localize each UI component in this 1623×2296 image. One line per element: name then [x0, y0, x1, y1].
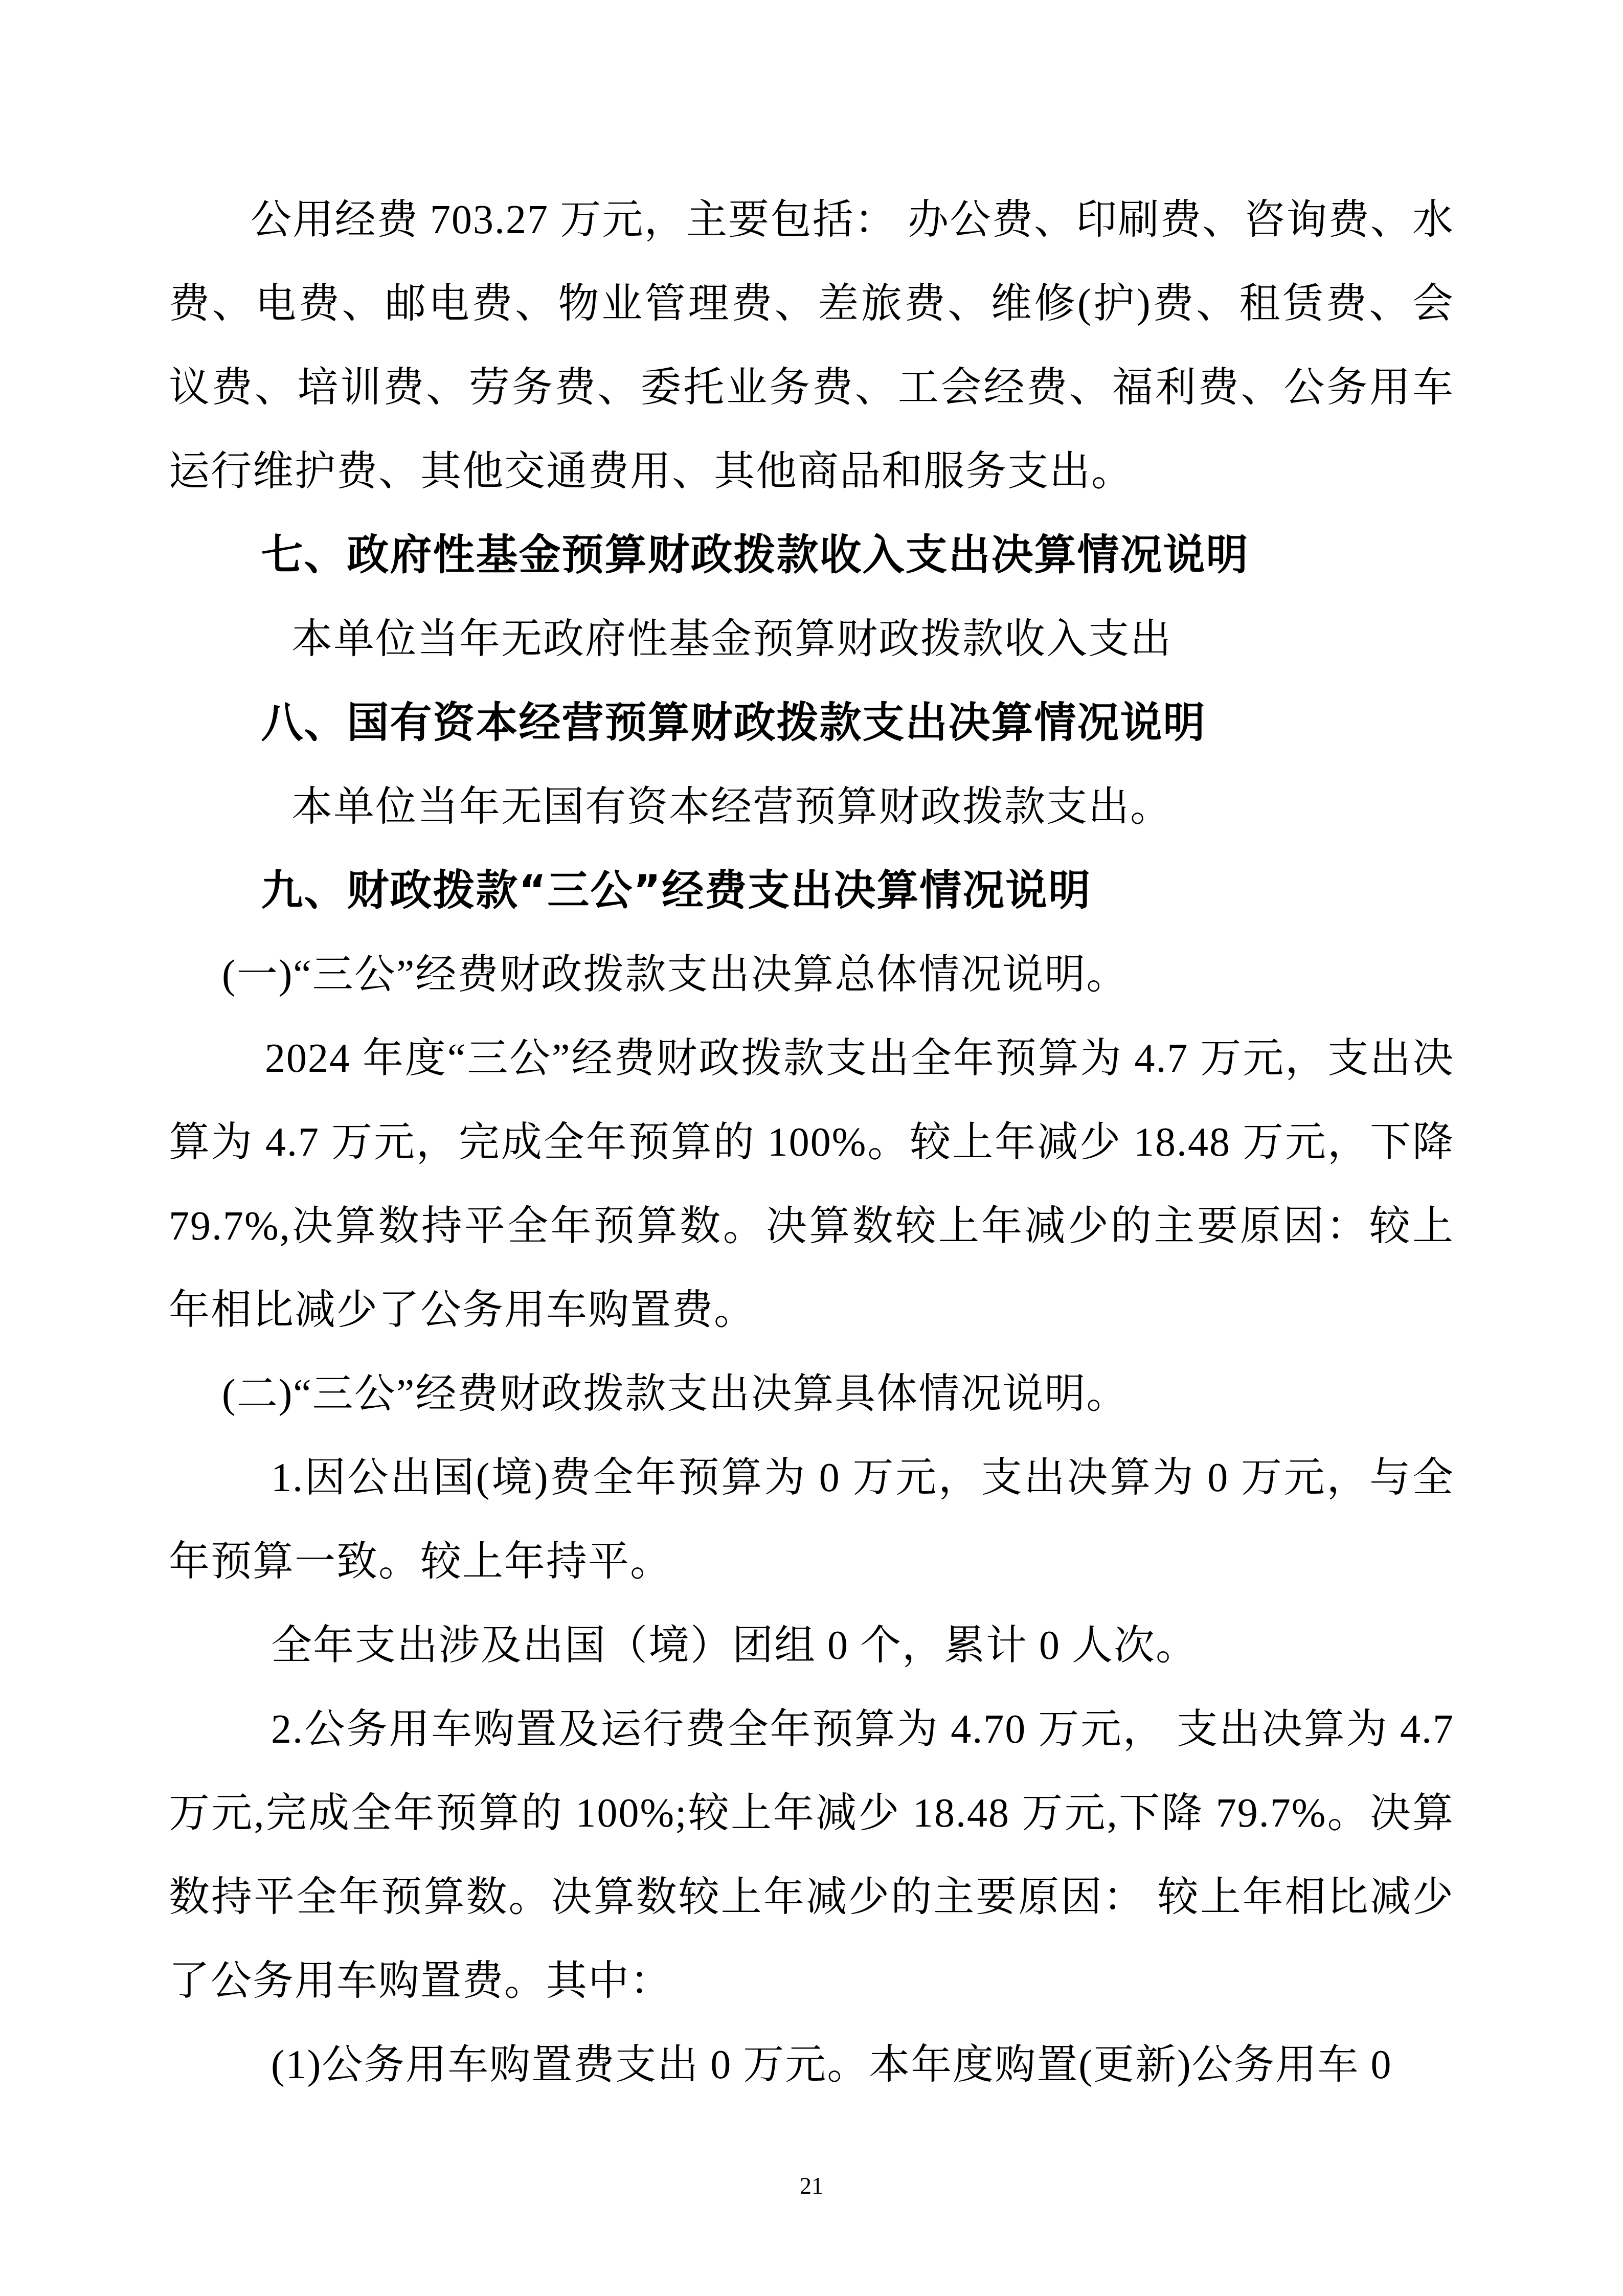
paragraph-abroad-groups: 全年支出涉及出国（境）团组 0 个，累计 0 人次。: [169, 1604, 1454, 1687]
paragraph-public-funds: 公用经费 703.27 万元，主要包括： 办公费、印刷费、咨询费、水费、电费、邮…: [169, 178, 1454, 513]
document-body: 公用经费 703.27 万元，主要包括： 办公费、印刷费、咨询费、水费、电费、邮…: [169, 178, 1454, 2107]
paragraph-no-state-capital: 本单位当年无国有资本经营预算财政拨款支出。: [169, 765, 1454, 849]
paragraph-no-gov-fund: 本单位当年无政府性基金预算财政拨款收入支出: [169, 597, 1454, 681]
section-heading-8: 八、国有资本经营预算财政拨款支出决算情况说明: [169, 681, 1454, 765]
paragraph-vehicle-purchase: (1)公务用车购置费支出 0 万元。本年度购置(更新)公务用车 0: [169, 2023, 1454, 2107]
section-heading-9: 九、财政拨款“三公”经费支出决算情况说明: [169, 849, 1454, 933]
paragraph-subsection-1-title: (一)“三公”经费财政拨款支出决算总体情况说明。: [169, 933, 1454, 1017]
paragraph-abroad-expense: 1.因公出国(境)费全年预算为 0 万元，支出决算为 0 万元，与全年预算一致。…: [169, 1436, 1454, 1604]
page-number: 21: [0, 2171, 1623, 2201]
document-page: 公用经费 703.27 万元，主要包括： 办公费、印刷费、咨询费、水费、电费、邮…: [0, 0, 1623, 2296]
section-heading-7: 七、政府性基金预算财政拨款收入支出决算情况说明: [169, 513, 1454, 597]
paragraph-subsection-2-title: (二)“三公”经费财政拨款支出决算具体情况说明。: [169, 1352, 1454, 1436]
paragraph-vehicle-expense: 2.公务用车购置及运行费全年预算为 4.70 万元， 支出决算为 4.7 万元,…: [169, 1687, 1454, 2023]
paragraph-overall-2024: 2024 年度“三公”经费财政拨款支出全年预算为 4.7 万元，支出决算为 4.…: [169, 1017, 1454, 1352]
